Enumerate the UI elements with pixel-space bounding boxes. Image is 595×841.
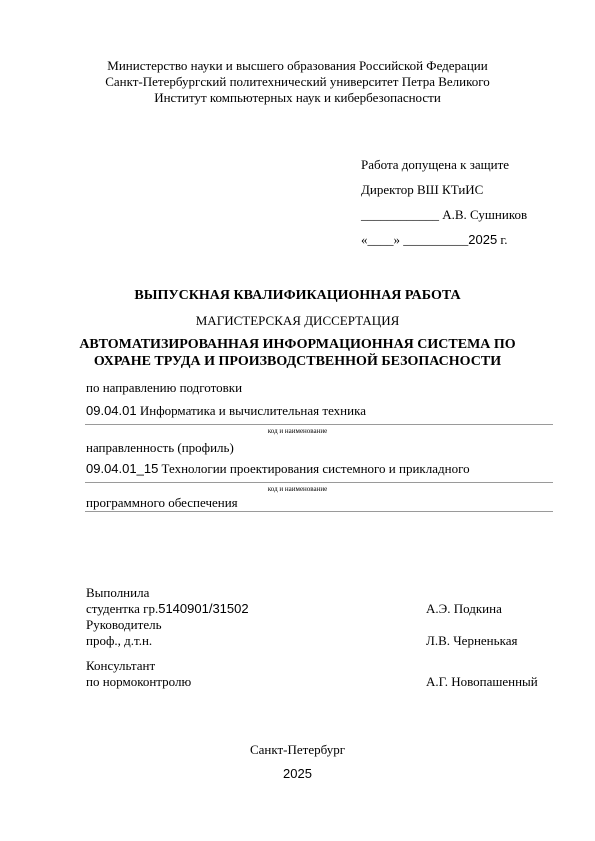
profile-code: 09.04.01_15 <box>86 461 158 476</box>
work-subtype: МАГИСТЕРСКАЯ ДИССЕРТАЦИЯ <box>0 313 595 329</box>
director-signature-line: ____________ А.В. Сушников <box>361 207 527 223</box>
consultant-role: Консультант <box>86 658 155 674</box>
work-type-title: ВЫПУСКНАЯ КВАЛИФИКАЦИОННАЯ РАБОТА <box>0 288 595 304</box>
student-role: Выполнила <box>86 585 149 601</box>
profile-rule <box>85 482 553 483</box>
direction-name: Информатика и вычислительная техника <box>137 403 366 418</box>
topic-line-1: АВТОМАТИЗИРОВАННАЯ ИНФОРМАЦИОННАЯ СИСТЕМ… <box>0 337 595 353</box>
ministry-line: Министерство науки и высшего образования… <box>0 58 595 74</box>
profile-value: 09.04.01_15 Технологии проектирования си… <box>86 461 470 477</box>
direction-code: 09.04.01 <box>86 403 137 418</box>
footer-city: Санкт-Петербург <box>0 742 595 758</box>
direction-rule <box>85 424 553 425</box>
profile-rule-2 <box>85 511 553 512</box>
director-title: Директор ВШ КТиИС <box>361 182 483 198</box>
consultant-detail: по нормоконтролю <box>86 674 191 690</box>
approval-year: 2025 <box>468 232 497 247</box>
direction-value: 09.04.01 Информатика и вычислительная те… <box>86 403 366 419</box>
approval-text: Работа допущена к защите <box>361 157 509 173</box>
director-name: А.В. Сушников <box>442 207 527 222</box>
direction-caption: код и наименование <box>0 427 595 435</box>
approval-date: «____» __________2025 г. <box>361 232 508 248</box>
student-name: А.Э. Подкина <box>426 601 502 617</box>
student-group: студентка гр.5140901/31502 <box>86 601 249 617</box>
consultant-name: А.Г. Новопашенный <box>426 674 538 690</box>
profile-name-2: программного обеспечения <box>86 495 238 511</box>
supervisor-name: Л.В. Черненькая <box>426 633 517 649</box>
direction-label: по направлению подготовки <box>86 380 242 396</box>
day-blank: ____ <box>368 232 394 247</box>
group-number: 5140901/31502 <box>158 601 248 616</box>
supervisor-role: Руководитель <box>86 617 162 633</box>
university-line: Санкт-Петербургский политехнический унив… <box>0 74 595 90</box>
profile-name-1: Технологии проектирования системного и п… <box>158 461 469 476</box>
signature-blank: ____________ <box>361 207 439 222</box>
footer-year: 2025 <box>0 766 595 782</box>
profile-caption: код и наименование <box>0 485 595 493</box>
supervisor-degree: проф., д.т.н. <box>86 633 152 649</box>
month-blank: __________ <box>403 232 468 247</box>
institute-line: Институт компьютерных наук и кибербезопа… <box>0 90 595 106</box>
profile-label: направленность (профиль) <box>86 440 234 456</box>
topic-line-2: ОХРАНЕ ТРУДА И ПРОИЗВОДСТВЕННОЙ БЕЗОПАСН… <box>0 354 595 370</box>
